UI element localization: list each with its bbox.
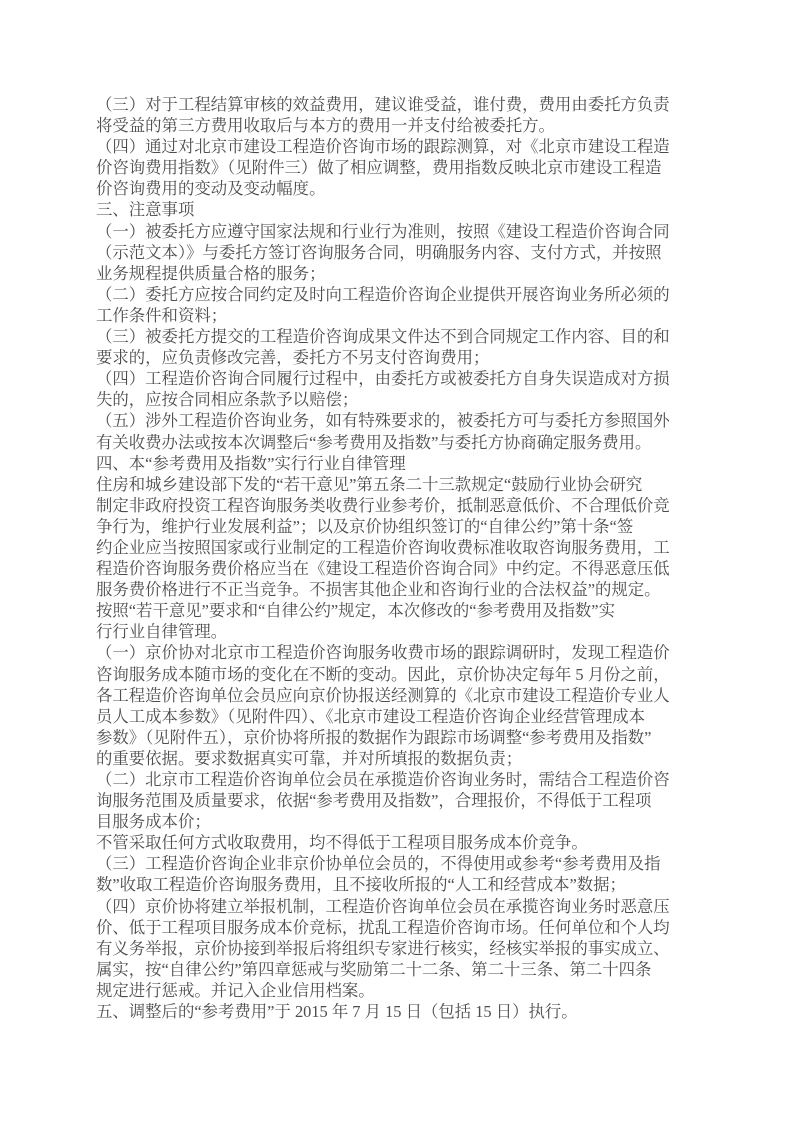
text-line: 的重要依据。要求数据真实可靠，并对所填报的数据负责；: [96, 748, 688, 769]
text-line: 三、注意事项: [96, 199, 688, 220]
text-line: （三）工程造价咨询企业非京价协单位会员的，不得使用或参考“参考费用及指: [96, 853, 688, 874]
text-line: 住房和城乡建设部下发的“若干意见”第五条二十三款规定“鼓励行业协会研究: [96, 474, 688, 495]
text-line: 制定非政府投资工程咨询服务类收费行业参考价，抵制恶意低价、不合理低价竞: [96, 495, 688, 516]
text-line: 工作条件和资料；: [96, 305, 688, 326]
text-line: 询服务范围及质量要求，依据“参考费用及指数”，合理报价，不得低于工程项: [96, 790, 688, 811]
text-line: 价咨询费用指数》（见附件三）做了相应调整，费用指数反映北京市建设工程造: [96, 157, 688, 178]
text-line: 价、低于工程项目服务成本价竞标，扰乱工程造价咨询市场。任何单位和个人均: [96, 917, 688, 938]
text-line: 服务费价格进行不正当竞争。不损害其他企业和咨询行业的合法权益”的规定。: [96, 579, 688, 600]
text-line: （四）通过对北京市建设工程造价咨询市场的跟踪测算，对《北京市建设工程造: [96, 136, 688, 157]
text-line: 五、调整后的“参考费用”于 2015 年 7 月 15 日（包括 15 日）执行…: [96, 1001, 688, 1022]
text-line: 价咨询费用的变动及变动幅度。: [96, 178, 688, 199]
text-line: 参数》（见附件五），京价协将所报的数据作为跟踪市场调整“参考费用及指数”: [96, 727, 688, 748]
text-line: （一）京价协对北京市工程造价咨询服务收费市场的跟踪调研时，发现工程造价: [96, 642, 688, 663]
document-page: （三）对于工程结算审核的效益费用，建议谁受益，谁付费，费用由委托方负责将受益的第…: [0, 0, 793, 1122]
text-line: 咨询服务成本随市场的变化在不断的变动。因此，京价协决定每年 5 月份之前，: [96, 664, 688, 685]
text-line: （五）涉外工程造价咨询业务，如有特殊要求的，被委托方可与委托方参照国外: [96, 410, 688, 431]
text-line: 数”收取工程造价咨询服务费用，且不接收所报的“人工和经营成本”数据；: [96, 874, 688, 895]
text-line: 行行业自律管理。: [96, 621, 688, 642]
text-line: 不管采取任何方式收取费用，均不得低于工程项目服务成本价竞争。: [96, 832, 688, 853]
text-line: 有义务举报，京价协接到举报后将组织专家进行核实，经核实举报的事实成立、: [96, 938, 688, 959]
text-line: 争行为，维护行业发展利益”；以及京价协组织签订的“自律公约”第十条“签: [96, 516, 688, 537]
text-line: （二）委托方应按合同约定及时向工程造价咨询企业提供开展咨询业务所必须的: [96, 284, 688, 305]
text-line: 按照“若干意见”要求和“自律公约”规定，本次修改的“参考费用及指数”实: [96, 600, 688, 621]
text-line: 员人工成本参数》（见附件四）、《北京市建设工程造价咨询企业经营管理成本: [96, 706, 688, 727]
document-body: （三）对于工程结算审核的效益费用，建议谁受益，谁付费，费用由委托方负责将受益的第…: [96, 94, 688, 1022]
text-line: （四）工程造价咨询合同履行过程中，由委托方或被委托方自身失误造成对方损: [96, 368, 688, 389]
text-line: 业务规程提供质量合格的服务；: [96, 263, 688, 284]
text-line: 目服务成本价；: [96, 811, 688, 832]
text-line: 规定进行惩戒。并记入企业信用档案。: [96, 980, 688, 1001]
text-line: （三）对于工程结算审核的效益费用，建议谁受益，谁付费，费用由委托方负责: [96, 94, 688, 115]
text-line: 要求的，应负责修改完善，委托方不另支付咨询费用；: [96, 347, 688, 368]
text-line: 约企业应当按照国家或行业制定的工程造价咨询收费标准收取咨询服务费用，工: [96, 537, 688, 558]
text-line: 有关收费办法或按本次调整后“参考费用及指数”与委托方协商确定服务费用。: [96, 432, 688, 453]
text-line: 将受益的第三方费用收取后与本方的费用一并支付给被委托方。: [96, 115, 688, 136]
text-line: （四）京价协将建立举报机制，工程造价咨询单位会员在承揽咨询业务时恶意压: [96, 896, 688, 917]
text-line: 各工程造价咨询单位会员应向京价协报送经测算的《北京市建设工程造价专业人: [96, 685, 688, 706]
text-line: （三）被委托方提交的工程造价咨询成果文件达不到合同规定工作内容、目的和: [96, 326, 688, 347]
text-line: 失的，应按合同相应条款予以赔偿；: [96, 389, 688, 410]
text-line: （示范文本）》与委托方签订咨询服务合同，明确服务内容、支付方式，并按照: [96, 242, 688, 263]
text-line: 属实，按“自律公约”第四章惩戒与奖励第二十二条、第二十三条、第二十四条: [96, 959, 688, 980]
text-line: （二）北京市工程造价咨询单位会员在承揽造价咨询业务时，需结合工程造价咨: [96, 769, 688, 790]
text-line: （一）被委托方应遵守国家法规和行业行为准则，按照《建设工程造价咨询合同: [96, 221, 688, 242]
text-line: 程造价咨询服务费价格应当在《建设工程造价咨询合同》中约定。不得恶意压低: [96, 558, 688, 579]
text-line: 四、本“参考费用及指数”实行行业自律管理: [96, 453, 688, 474]
